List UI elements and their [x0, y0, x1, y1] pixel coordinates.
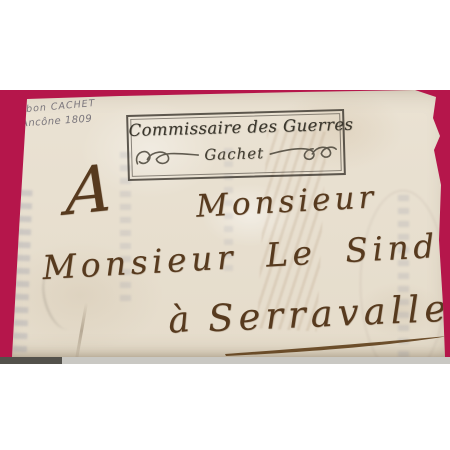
- address-line3-place: Serravalle: [207, 287, 450, 341]
- postmark-name: Gachet: [204, 144, 264, 164]
- product-photo-frame: bon CACHET Ancône 1809 Commissaire des G…: [0, 0, 450, 450]
- letter-photo: bon CACHET Ancône 1809 Commissaire des G…: [0, 90, 450, 357]
- address-line3-prefix: à: [166, 299, 192, 342]
- pencil-note-line2: Ancône 1809: [21, 114, 93, 130]
- photo-bottom-edge: [0, 357, 450, 364]
- show-through-marks: [12, 190, 33, 357]
- address-initial: A: [65, 151, 114, 231]
- swirl-flourish-right-icon: [268, 139, 339, 165]
- address-line1: Monsieur: [195, 179, 378, 224]
- pencil-note-line1: bon CACHET: [26, 98, 96, 115]
- letter-paper: bon CACHET Ancône 1809 Commissaire des G…: [0, 90, 450, 357]
- paper-crease: [75, 302, 88, 357]
- postmark-box: Commissaire des Guerres Gachet: [126, 109, 346, 181]
- photo-bottom-edge-shadow: [0, 357, 62, 364]
- pen-underline-flourish: [224, 334, 450, 356]
- address-line2: Monsieur Le Sindic: [41, 224, 450, 287]
- show-through-marks: [398, 195, 409, 357]
- swirl-flourish-left-icon: [134, 143, 201, 169]
